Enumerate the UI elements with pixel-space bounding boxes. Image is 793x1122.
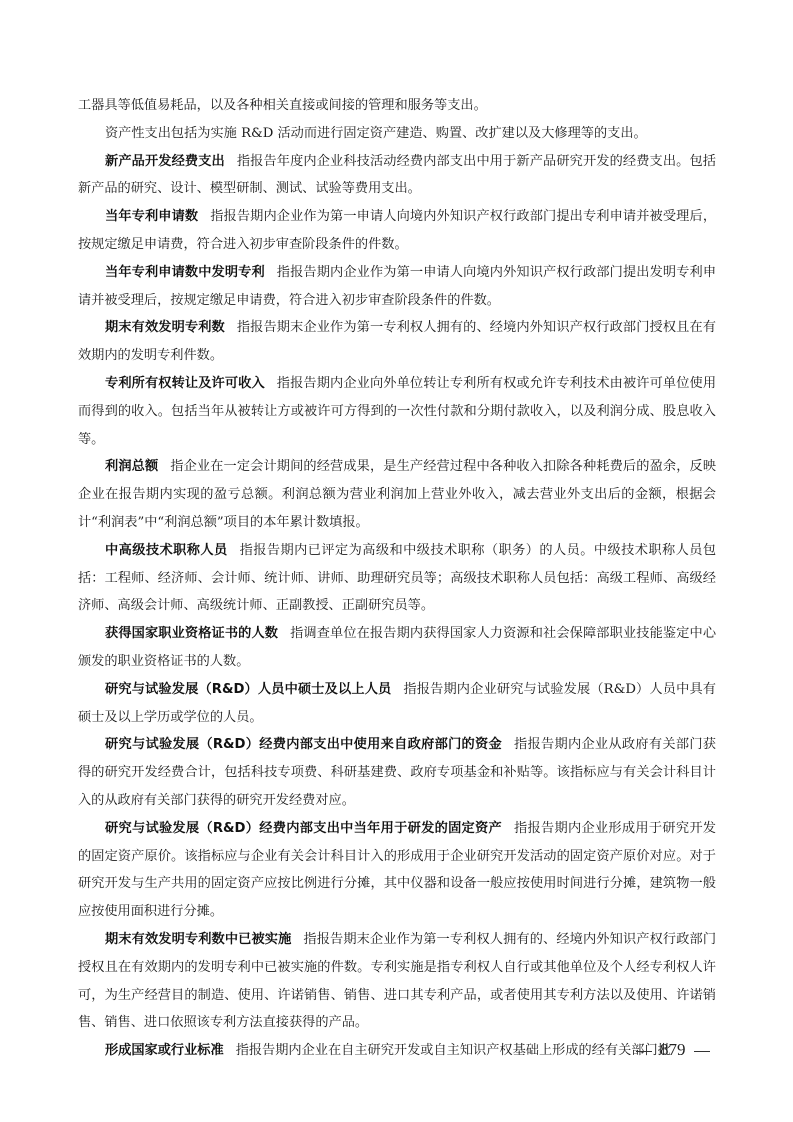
definition-term: 获得国家职业资格证书的人数 [105, 626, 278, 641]
definition-patent-applications: 当年专利申请数指报告期内企业作为第一申请人向境内外知识产权行政部门提出专利申请并… [78, 203, 716, 259]
definition-term: 新产品开发经费支出 [105, 154, 225, 169]
definition-term: 利润总额 [105, 459, 158, 474]
definition-term: 期末有效发明专利数 [105, 320, 225, 335]
document-page: 工器具等低值易耗品，以及各种相关直接或间接的管理和服务等支出。 资产性支出包括为… [78, 92, 716, 1065]
definition-valid-invention-patents: 期末有效发明专利数指报告期末企业作为第一专利权人拥有的、经境内外知识产权行政部门… [78, 314, 716, 370]
definition-patent-transfer-income: 专利所有权转让及许可收入指报告期内企业向外单位转让专利所有权或允许专利技术由被许… [78, 370, 716, 453]
definition-rd-masters-staff: 研究与试验发展（R&D）人员中硕士及以上人员指报告期内企业研究与试验发展（R&D… [78, 676, 716, 732]
paragraph-text: 资产性支出包括为实施 R&D 活动而进行固定资产建造、购置、改扩建以及大修理等的… [105, 126, 647, 141]
paragraph-text: 工器具等低值易耗品，以及各种相关直接或间接的管理和服务等支出。 [78, 98, 487, 113]
definition-term: 研究与试验发展（R&D）经费内部支出中当年用于研发的固定资产 [105, 821, 502, 836]
definition-new-product-dev-expense: 新产品开发经费支出指报告年度内企业科技活动经费内部支出中用于新产品研究开发的经费… [78, 148, 716, 204]
paragraph-capital-expenditure: 资产性支出包括为实施 R&D 活动而进行固定资产建造、购置、改扩建以及大修理等的… [78, 120, 716, 148]
definition-implemented-patents: 期末有效发明专利数中已被实施指报告期末企业作为第一专利权人拥有的、经境内外知识产… [78, 926, 716, 1037]
definition-vocational-certificates: 获得国家职业资格证书的人数指调查单位在报告期内获得国家人力资源和社会保障部职业技… [78, 620, 716, 676]
paragraph-continuation: 工器具等低值易耗品，以及各种相关直接或间接的管理和服务等支出。 [78, 92, 716, 120]
definition-term: 当年专利申请数中发明专利 [105, 265, 265, 280]
definition-term: 形成国家或行业标准 [105, 1043, 224, 1058]
page-footer: 879 [628, 1040, 718, 1060]
definition-rd-government-funds: 研究与试验发展（R&D）经费内部支出中使用来自政府部门的资金指报告期内企业从政府… [78, 731, 716, 814]
definition-term: 期末有效发明专利数中已被实施 [105, 932, 291, 947]
dash-left [636, 1051, 652, 1052]
definition-rd-fixed-assets: 研究与试验发展（R&D）经费内部支出中当年用于研发的固定资产指报告期内企业形成用… [78, 815, 716, 926]
definition-text: 指报告期内企业在自主研究开发或自主知识产权基础上形成的经有关部门批 [236, 1043, 671, 1058]
definition-invention-patent-applications: 当年专利申请数中发明专利指报告期内企业作为第一申请人向境内外知识产权行政部门提出… [78, 259, 716, 315]
definition-term: 研究与试验发展（R&D）人员中硕士及以上人员 [105, 682, 391, 697]
definition-total-profit: 利润总额指企业在一定会计期间的经营成果，是生产经营过程中各种收入扣除各种耗费后的… [78, 453, 716, 536]
dash-right [694, 1051, 710, 1052]
definition-term: 当年专利申请数 [105, 209, 198, 224]
definition-national-industry-standards: 形成国家或行业标准指报告期内企业在自主研究开发或自主知识产权基础上形成的经有关部… [78, 1037, 716, 1065]
definition-term: 专利所有权转让及许可收入 [105, 376, 265, 391]
definition-term: 中高级技术职称人员 [105, 543, 228, 558]
definition-text: 指企业在一定会计期间的经营成果，是生产经营过程中各种收入扣除各种耗费后的盈余，反… [78, 459, 716, 530]
page-number: 879 [660, 1040, 686, 1059]
definition-senior-technical-staff: 中高级技术职称人员指报告期内已评定为高级和中级技术职称（职务）的人员。中级技术职… [78, 537, 716, 620]
definition-term: 研究与试验发展（R&D）经费内部支出中使用来自政府部门的资金 [105, 737, 502, 752]
